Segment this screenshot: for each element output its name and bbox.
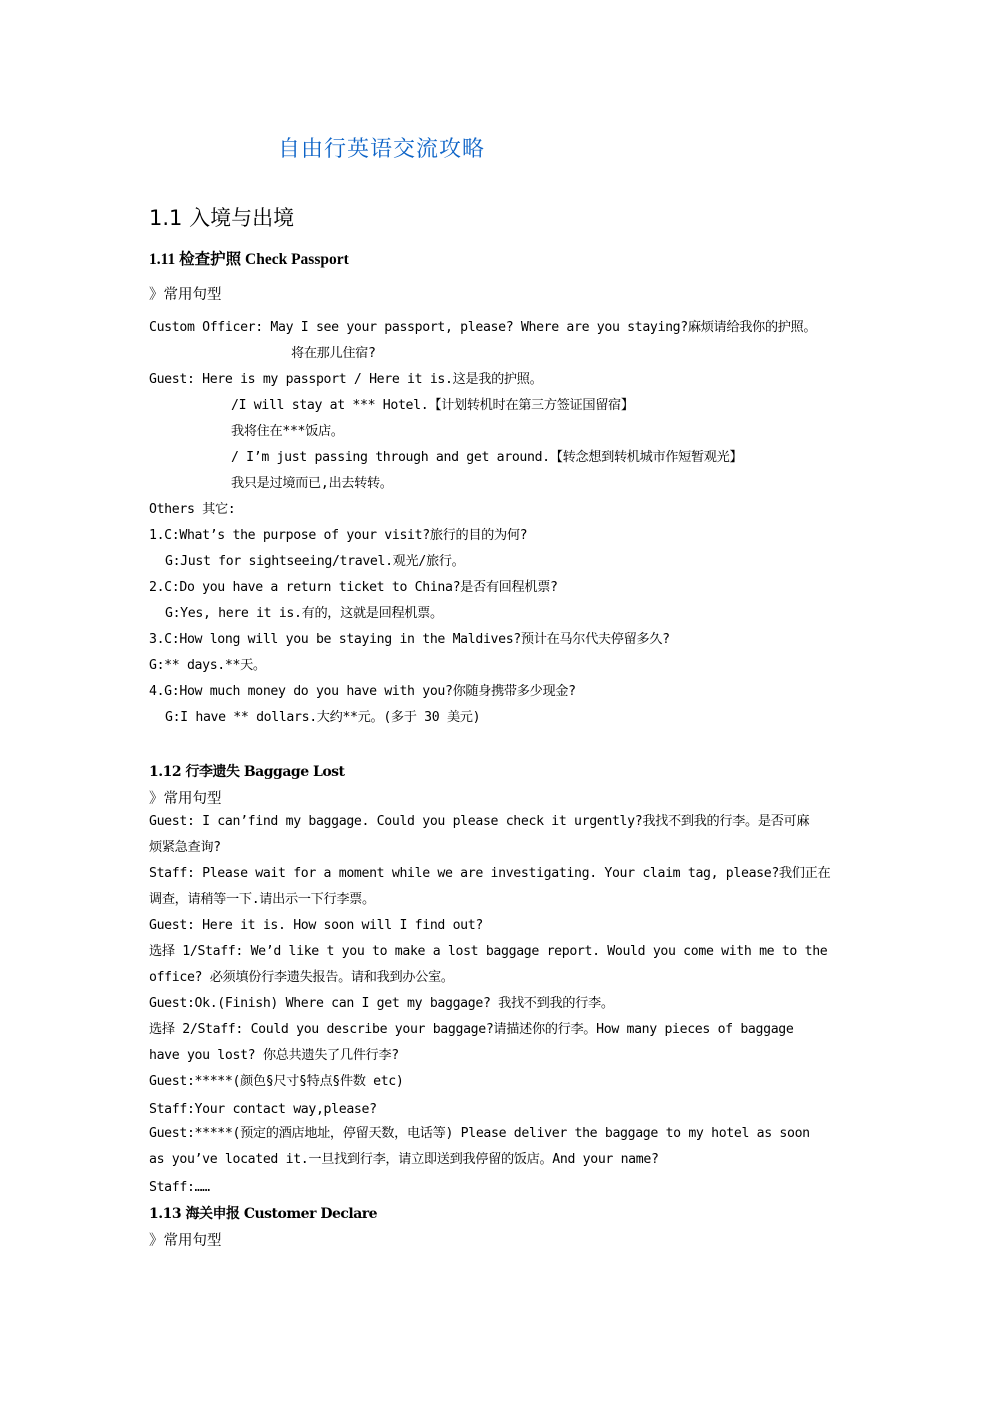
dialogue-line: Guest: I can’find my baggage. Could you …	[149, 813, 809, 831]
dialogue-line: Staff: Please wait for a moment while we…	[149, 865, 830, 883]
dialogue-line: 4.G:How much money do you have with you?…	[149, 683, 576, 701]
dialogue-line: G:** days.**天。	[149, 657, 266, 675]
subsection-heading-customs-declare: 1.13 海关申报 Customer Declare	[149, 1203, 377, 1223]
dialogue-line: G:Yes, here it is.有的，这就是回程机票。	[165, 605, 443, 623]
dialogue-line: as you’ve located it.一旦找到行李，请立即送到我停留的饭店。…	[149, 1151, 659, 1169]
dialogue-line: Others 其它:	[149, 501, 235, 519]
dialogue-line: 调查，请稍等一下.请出示一下行李票。	[149, 891, 375, 909]
dialogue-line: 3.C:How long will you be staying in the …	[149, 631, 670, 649]
dialogue-line: Custom Officer: May I see your passport,…	[149, 319, 816, 337]
dialogue-line: have you lost? 你总共遗失了几件行李?	[149, 1047, 399, 1065]
dialogue-line: Guest:*****(预定的酒店地址，停留天数，电话等) Please del…	[149, 1125, 810, 1143]
document-page: 自由行英语交流攻略 1.1 入境与出境 1.11 检查护照 Check Pass…	[0, 0, 993, 1404]
subheading-common-phrases: 》常用句型	[149, 1229, 222, 1250]
document-title: 自由行英语交流攻略	[278, 132, 485, 163]
dialogue-line: Guest:Ok.(Finish) Where can I get my bag…	[149, 995, 614, 1013]
subsection-heading-baggage-lost: 1.12 行李遗失 Baggage Lost	[149, 761, 345, 781]
dialogue-line: 我将住在***饭店。	[231, 423, 344, 441]
dialogue-line: 选择 2/Staff: Could you describe your bagg…	[149, 1021, 793, 1039]
dialogue-line: 1.C:What’s the purpose of your visit?旅行的…	[149, 527, 527, 545]
dialogue-line: 选择 1/Staff: We’d like t you to make a lo…	[149, 943, 827, 961]
dialogue-line: Guest: Here is my passport / Here it is.…	[149, 371, 542, 389]
dialogue-line: Staff:……	[149, 1179, 210, 1197]
dialogue-line: 我只是过境而已,出去转转。	[231, 475, 393, 493]
dialogue-line: G:I have ** dollars.大约**元。(多于 30 美元)	[165, 709, 480, 727]
dialogue-line: /I will stay at *** Hotel.【计划转机时在第三方签证国留…	[231, 397, 634, 415]
dialogue-line: Staff:Your contact way,please?	[149, 1101, 377, 1119]
section-heading: 1.1 入境与出境	[149, 202, 294, 232]
dialogue-line: 烦紧急查询?	[149, 839, 221, 857]
dialogue-line: Guest: Here it is. How soon will I find …	[149, 917, 483, 935]
subsection-heading-check-passport: 1.11 检查护照 Check Passport	[149, 247, 349, 269]
dialogue-line: 2.C:Do you have a return ticket to China…	[149, 579, 558, 597]
dialogue-line: 将在那儿住宿?	[291, 345, 376, 363]
dialogue-line: / I’m just passing through and get aroun…	[231, 449, 742, 467]
dialogue-line: office? 必须填份行李遗失报告。请和我到办公室。	[149, 969, 454, 987]
subheading-common-phrases: 》常用句型	[149, 283, 222, 304]
dialogue-line: Guest:*****(颜色§尺寸§特点§件数 etc)	[149, 1073, 404, 1091]
subheading-common-phrases: 》常用句型	[149, 787, 222, 808]
dialogue-line: G:Just for sightseeing/travel.观光/旅行。	[165, 553, 464, 571]
